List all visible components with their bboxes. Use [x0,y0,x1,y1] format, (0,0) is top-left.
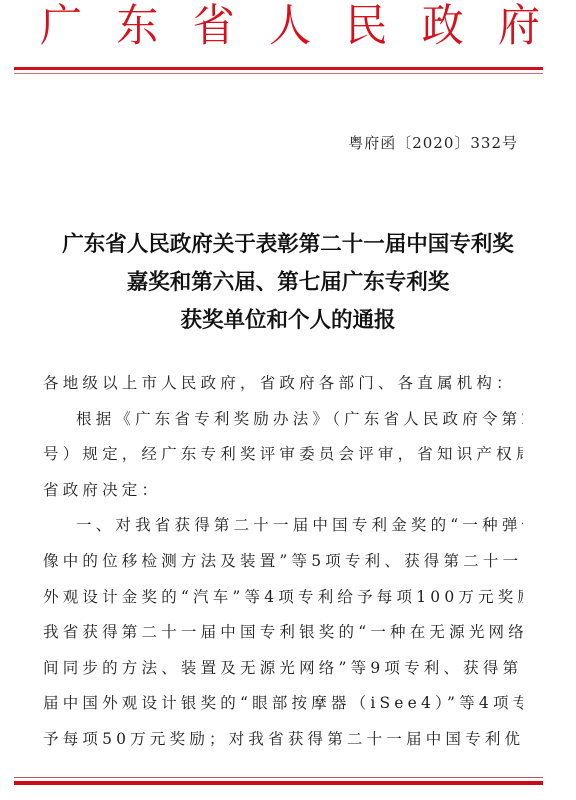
title-line: 获奖单位和个人的通报 [0,302,576,340]
masthead-char: 广 [40,1,82,51]
masthead-char: 省 [193,1,235,51]
paragraph-basis: 根据《广东省专利奖励办法》（广东省人民政府令第258 号）规定，经广东专利奖评审… [43,402,523,509]
paragraph-line: 根据《广东省专利奖励办法》（广东省人民政府令第258 [43,402,523,438]
masthead-char: 府 [498,1,540,51]
footer-red-rule-thin [14,777,543,778]
masthead-char: 民 [345,1,387,51]
masthead-char: 政 [422,1,464,51]
document-body: 各地级以上市人民政府，省政府各部门、各直属机构： 根据《广东省专利奖励办法》（广… [43,366,523,758]
footer-red-rule-thick [14,781,543,785]
masthead-char: 东 [116,1,158,51]
paragraph-line: 予每项50万元奖励；对我省获得第二十一届中国专利优秀奖的 [43,722,523,758]
paragraph-line: 间同步的方法、装置及无源光网络”等9项专利、获得第二十一 [43,651,523,687]
document-title: 广东省人民政府关于表彰第二十一届中国专利奖 嘉奖和第六届、第七届广东专利奖 获奖… [0,226,576,340]
document-number: 粤府函〔2020〕332号 [348,132,518,153]
paragraph-line: 外观设计金奖的“汽车”等4项专利给予每项100万元奖励；对 [43,580,523,616]
paragraph-line: 一、对我省获得第二十一届中国专利金奖的“一种弹性成 [43,508,523,544]
masthead-char: 人 [269,1,311,51]
paragraph-item-one: 一、对我省获得第二十一届中国专利金奖的“一种弹性成 像中的位移检测方法及装置”等… [43,508,523,757]
header-red-rule-thin [14,73,543,74]
paragraph-line: 号）规定，经广东专利奖评审委员会评审，省知识产权局审核， [43,437,523,473]
title-line: 嘉奖和第六届、第七届广东专利奖 [0,264,576,302]
masthead-title: 广 东 省 人 民 政 府 [40,0,540,52]
header-red-rule-thick [14,67,543,70]
paragraph-line: 像中的位移检测方法及装置”等5项专利、获得第二十一届中国 [43,544,523,580]
paragraph-line: 届中国外观设计银奖的“眼部按摩器（iSee4）”等4项专利给 [43,686,523,722]
salutation: 各地级以上市人民政府，省政府各部门、各直属机构： [43,366,523,402]
title-line: 广东省人民政府关于表彰第二十一届中国专利奖 [0,226,576,264]
paragraph-line: 省政府决定： [43,473,523,509]
paragraph-line: 我省获得第二十一届中国专利银奖的“一种在无源光网络中时 [43,615,523,651]
